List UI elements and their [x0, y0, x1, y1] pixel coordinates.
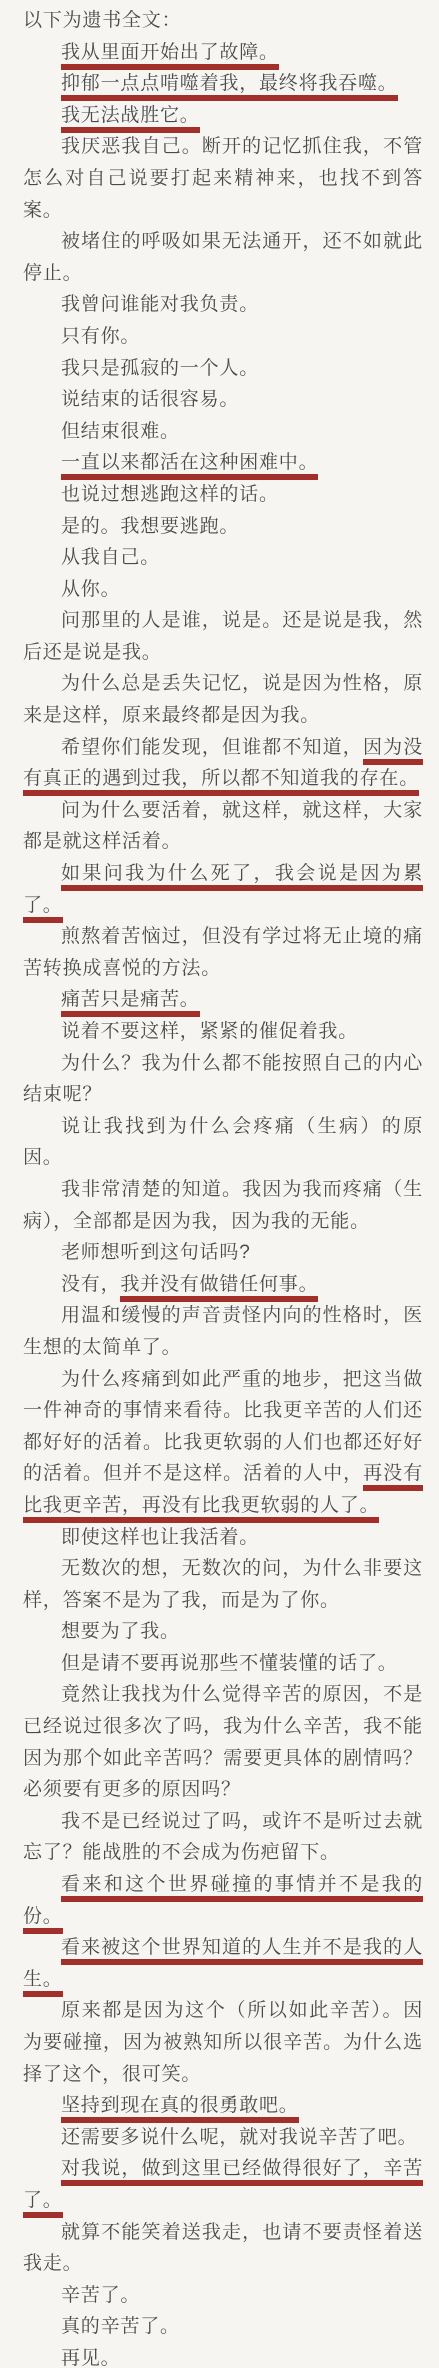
letter-text: 为什么？我为什么都不能按照自己的内心结束呢？ — [23, 1053, 423, 1106]
letter-paragraph: 我无法战胜它。 — [23, 100, 423, 132]
letter-paragraph: 但结束很难。 — [23, 416, 423, 448]
letter-paragraph: 从我自己。 — [23, 542, 423, 574]
letter-paragraph: 说让我找到为什么会疼痛（生病）的原因。 — [23, 1111, 423, 1174]
letter-paragraph: 问那里的人是谁，说是。还是说是我，然后还是说是我。 — [23, 605, 423, 668]
underlined-text: 看来和这个世界碰撞的事情并不是我的份。 — [23, 1874, 423, 1934]
underlined-text: 看来被这个世界知道的人生并不是我的人生。 — [23, 1937, 423, 1997]
letter-paragraph: 我不是已经说过了吗，或许不是听过去就忘了？能战胜的不会成为伤疤留下。 — [23, 1806, 423, 1869]
letter-text: 是的。我想要逃跑。 — [61, 516, 239, 537]
letter-text: 只有你。 — [61, 326, 140, 347]
letter-paragraph: 我只是孤寂的一个人。 — [23, 353, 423, 385]
letter-text: 我厌恶我自己。断开的记忆抓住我，不管怎么对自己说要打起来精神来，也找不到答案。 — [23, 136, 423, 220]
underlined-text: 坚持到现在真的很勇敢吧。 — [61, 2095, 299, 2123]
letter-paragraph: 只有你。 — [23, 321, 423, 353]
letter-text: 我非常清楚的知道。我因为我而疼痛（生病），全部都是因为我，因为我的无能。 — [23, 1179, 423, 1232]
letter-paragraph: 问为什么要活着，就这样，就这样，大家都是就这样活着。 — [23, 795, 423, 858]
letter-paragraph: 从你。 — [23, 574, 423, 606]
letter-text: 说着不要这样，紧紧的催促着我。 — [61, 1021, 358, 1042]
letter-text: 被堵住的呼吸如果无法通开，还不如就此停止。 — [23, 231, 423, 284]
letter-text: 但结束很难。 — [61, 421, 180, 442]
letter-text: 也说过想逃跑这样的话。 — [61, 484, 279, 505]
letter-text: 辛苦了。 — [61, 2285, 140, 2306]
letter-paragraph: 也说过想逃跑这样的话。 — [23, 479, 423, 511]
letter-text: 问为什么要活着，就这样，就这样，大家都是就这样活着。 — [23, 800, 423, 853]
letter-text: 我只是孤寂的一个人。 — [61, 358, 259, 379]
letter-paragraph: 没有，我并没有做错任何事。 — [23, 1269, 423, 1301]
letter-text: 再见。 — [61, 2348, 120, 2368]
letter-text: 用温和缓慢的声音责怪内向的性格时，医生想的太简单了。 — [23, 1305, 423, 1358]
letter-paragraph: 看来被这个世界知道的人生并不是我的人生。 — [23, 1932, 423, 1995]
letter-paragraph: 被堵住的呼吸如果无法通开，还不如就此停止。 — [23, 226, 423, 289]
letter-paragraph: 一直以来都活在这种困难中。 — [23, 447, 423, 479]
letter-text: 煎熬着苦恼过，但没有学过将无止境的痛苦转换成喜悦的方法。 — [23, 926, 423, 979]
letter-body: 我从里面开始出了故障。抑郁一点点啃噬着我，最终将我吞噬。我无法战胜它。我厌恶我自… — [23, 37, 423, 2368]
letter-paragraph: 对我说，做到这里已经做得很好了，辛苦了。 — [23, 2153, 423, 2216]
letter-paragraph: 用温和缓慢的声音责怪内向的性格时，医生想的太简单了。 — [23, 1300, 423, 1363]
letter-text: 希望你们能发现，但谁都不知道， — [61, 737, 363, 758]
letter-text: 为什么总是丢失记忆，说是因为性格，原来是这样，原来最终都是因为我。 — [23, 673, 423, 726]
letter-paragraph: 无数次的想，无数次的问，为什么非要这样，答案不是为了我，而是为了你。 — [23, 1553, 423, 1616]
letter-paragraph: 我曾问谁能对我负责。 — [23, 289, 423, 321]
letter-paragraph: 我厌恶我自己。断开的记忆抓住我，不管怎么对自己说要打起来精神来，也找不到答案。 — [23, 131, 423, 226]
letter-paragraph: 说着不要这样，紧紧的催促着我。 — [23, 1016, 423, 1048]
letter-text: 还需要多说什么呢，就对我说辛苦了吧。 — [61, 2127, 417, 2148]
letter-text: 我不是已经说过了吗，或许不是听过去就忘了？能战胜的不会成为伤疤留下。 — [23, 1811, 423, 1864]
letter-paragraph: 我从里面开始出了故障。 — [23, 37, 423, 69]
letter-paragraph: 如果问我为什么死了，我会说是因为累了。 — [23, 858, 423, 921]
underlined-text: 痛苦只是痛苦。 — [61, 989, 200, 1017]
letter-text: 真的辛苦了。 — [61, 2316, 180, 2337]
letter-text: 老师想听到这句话吗? — [61, 1242, 251, 1263]
letter-paragraph: 竟然让我找为什么觉得辛苦的原因，不是已经说过很多次了吗，我为什么辛苦，我不能因为… — [23, 1679, 423, 1805]
letter-paragraph: 为什么？我为什么都不能按照自己的内心结束呢？ — [23, 1048, 423, 1111]
letter-paragraph: 即使这样也让我活着。 — [23, 1522, 423, 1554]
letter-text: 我曾问谁能对我负责。 — [61, 294, 259, 315]
note-page: 以下为遗书全文： 我从里面开始出了故障。抑郁一点点啃噬着我，最终将我吞噬。我无法… — [23, 5, 423, 2368]
underlined-text: 抑郁一点点啃噬着我，最终将我吞噬。 — [61, 73, 398, 101]
underlined-text: 如果问我为什么死了，我会说是因为累了。 — [23, 863, 423, 923]
letter-paragraph: 抑郁一点点啃噬着我，最终将我吞噬。 — [23, 68, 423, 100]
letter-paragraph: 但是请不要再说那些不懂装懂的话了。 — [23, 1648, 423, 1680]
underlined-text: 对我说，做到这里已经做得很好了，辛苦了。 — [23, 2158, 423, 2218]
letter-paragraph: 痛苦只是痛苦。 — [23, 984, 423, 1016]
letter-paragraph: 再见。 — [23, 2343, 423, 2368]
letter-text: 说结束的话很容易。 — [61, 389, 239, 410]
letter-text: 但是请不要再说那些不懂装懂的话了。 — [61, 1653, 398, 1674]
underlined-text: 我无法战胜它。 — [61, 105, 200, 133]
letter-paragraph: 就算不能笑着送我走，也请不要责怪着送我走。 — [23, 2217, 423, 2280]
underlined-text: 我并没有做错任何事。 — [120, 1274, 318, 1302]
letter-paragraph: 老师想听到这句话吗? — [23, 1237, 423, 1269]
letter-paragraph: 还需要多说什么呢，就对我说辛苦了吧。 — [23, 2122, 423, 2154]
letter-paragraph: 辛苦了。 — [23, 2280, 423, 2312]
letter-paragraph: 原来都是因为这个（所以如此辛苦）。因为要碰撞，因为被熟知所以很辛苦。为什么选择了… — [23, 1995, 423, 2090]
letter-text: 竟然让我找为什么觉得辛苦的原因，不是已经说过很多次了吗，我为什么辛苦，我不能因为… — [23, 1684, 423, 1800]
letter-paragraph: 看来和这个世界碰撞的事情并不是我的份。 — [23, 1869, 423, 1932]
letter-paragraph: 是的。我想要逃跑。 — [23, 511, 423, 543]
letter-text: 就算不能笑着送我走，也请不要责怪着送我走。 — [23, 2222, 423, 2275]
letter-text: 说让我找到为什么会疼痛（生病）的原因。 — [23, 1116, 423, 1169]
letter-text: 即使这样也让我活着。 — [61, 1527, 259, 1548]
letter-text: 原来都是因为这个（所以如此辛苦）。因为要碰撞，因为被熟知所以很辛苦。为什么选择了… — [23, 2000, 423, 2084]
letter-paragraph: 希望你们能发现，但谁都不知道，因为没有真正的遇到过我，所以都不知道我的存在。 — [23, 732, 423, 795]
letter-text: 问那里的人是谁，说是。还是说是我，然后还是说是我。 — [23, 610, 423, 663]
underlined-text: 一直以来都活在这种困难中。 — [61, 452, 318, 480]
letter-text: 无数次的想，无数次的问，为什么非要这样，答案不是为了我，而是为了你。 — [23, 1558, 423, 1611]
letter-paragraph: 煎熬着苦恼过，但没有学过将无止境的痛苦转换成喜悦的方法。 — [23, 921, 423, 984]
letter-text: 没有， — [61, 1274, 120, 1295]
letter-text: 从我自己。 — [61, 547, 160, 568]
letter-paragraph: 说结束的话很容易。 — [23, 384, 423, 416]
letter-paragraph: 我非常清楚的知道。我因为我而疼痛（生病），全部都是因为我，因为我的无能。 — [23, 1174, 423, 1237]
letter-paragraph: 想要为了我。 — [23, 1616, 423, 1648]
letter-paragraph: 真的辛苦了。 — [23, 2311, 423, 2343]
underlined-text: 我从里面开始出了故障。 — [61, 42, 279, 70]
letter-paragraph: 为什么疼痛到如此严重的地步，把这当做一件神奇的事情来看待。比我更辛苦的人们还都好… — [23, 1364, 423, 1522]
letter-paragraph: 为什么总是丢失记忆，说是因为性格，原来是这样，原来最终都是因为我。 — [23, 668, 423, 731]
note-header: 以下为遗书全文： — [23, 5, 423, 37]
letter-text: 从你。 — [61, 579, 120, 600]
letter-paragraph: 坚持到现在真的很勇敢吧。 — [23, 2090, 423, 2122]
letter-text: 想要为了我。 — [61, 1621, 180, 1642]
